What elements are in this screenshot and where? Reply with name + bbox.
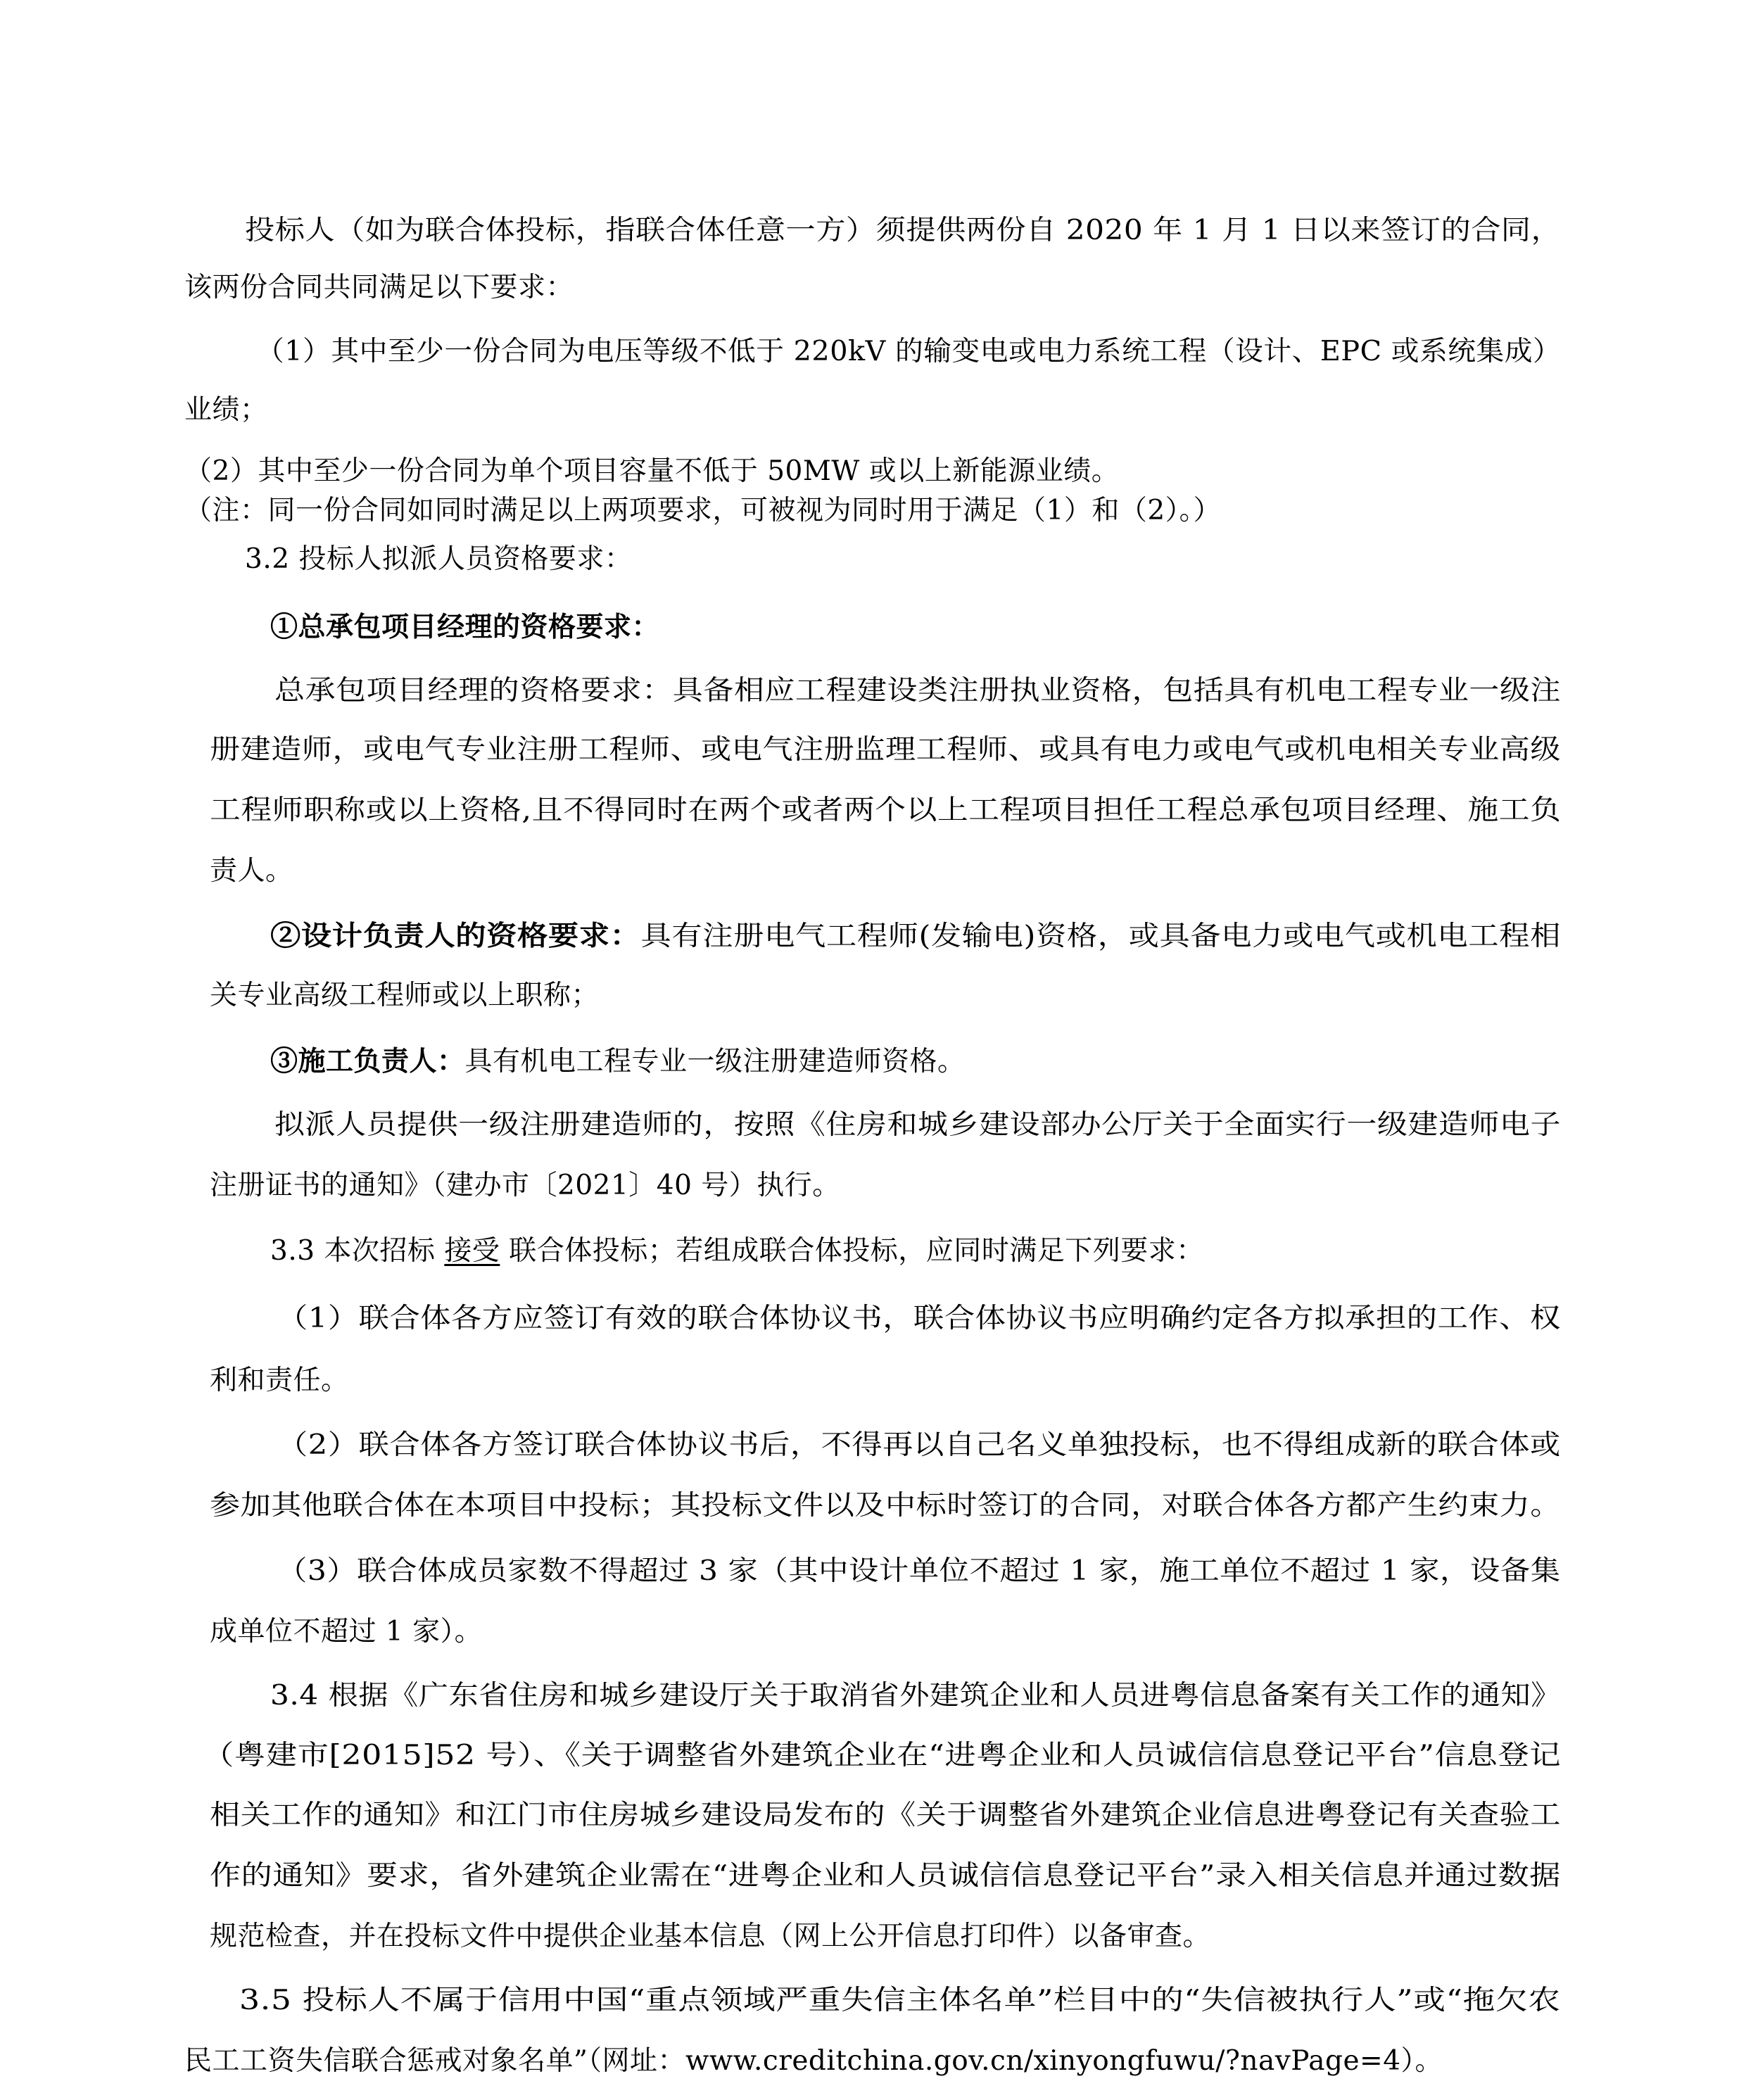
section-3-4-line-4: 作的通知》要求，省外建筑企业需在“进粤企业和人员诚信信息登记平台”录入相关信息并… — [210, 1859, 1561, 1894]
contract-req-2: （2）其中至少一份合同为单个项目容量不低于 50MW 或以上新能源业绩。 — [184, 454, 1119, 489]
section-3-4-line-3: 相关工作的通知》和江门市住房城乡建设局发布的《关于调整省外建筑企业信息进粤登记有… — [210, 1798, 1561, 1833]
section-3-4-line-2: （粤建市[2015]52 号）、《关于调整省外建筑企业在“进粤企业和人员诚信信息… — [203, 1738, 1561, 1773]
section-3-4-line-5: 规范检查，并在投标文件中提供企业基本信息（网上公开信息打印件）以备审查。 — [210, 1919, 1210, 1954]
consortium-item-1-line-2: 利和责任。 — [210, 1363, 349, 1398]
section-3-4-line-1: 3.4 根据《广东省住房和城乡建设厅关于取消省外建筑企业和人员进粤信息备案有关工… — [270, 1678, 1561, 1714]
section-3-5-line-1: 3.5 投标人不属于信用中国“重点领域严重失信主体名单”栏目中的“失信被执行人”… — [239, 1983, 1561, 2018]
certificate-note-line-2: 注册证书的通知》（建办市〔2021〕40 号）执行。 — [210, 1168, 840, 1203]
pm-qualification-line-1: 总承包项目经理的资格要求：具备相应工程建设类注册执业资格，包括具有机电工程专业一… — [274, 673, 1561, 709]
certificate-note-line-1: 拟派人员提供一级注册建造师的，按照《住房和城乡建设部办公厅关于全面实行一级建造师… — [274, 1108, 1561, 1143]
document-page: 投标人（如为联合体投标，指联合体任意一方）须提供两份自 2020 年 1 月 1… — [0, 0, 1746, 2100]
pm-qualification-line-2: 册建造师，或电气专业注册工程师、或电气注册监理工程师、或具有电力或电气或机电相关… — [210, 733, 1561, 768]
contract-intro-line-1: 投标人（如为联合体投标，指联合体任意一方）须提供两份自 2020 年 1 月 1… — [245, 213, 1561, 248]
section-3-3-prefix: 3.3 本次招标 — [270, 1235, 444, 1267]
consortium-item-1-line-1: （1）联合体各方应签订有效的联合体协议书，联合体协议书应明确约定各方拟承担的工作… — [277, 1301, 1561, 1336]
section-3-3-heading: 3.3 本次招标 接受 联合体投标；若组成联合体投标，应同时满足下列要求： — [270, 1234, 1204, 1269]
section-3-2-heading: 3.2 投标人拟派人员资格要求： — [245, 542, 632, 577]
pm-qualification-heading: ①总承包项目经理的资格要求： — [270, 609, 659, 645]
design-lead-line-2: 关专业高级工程师或以上职称； — [210, 978, 599, 1013]
design-lead-line-1: ②设计负责人的资格要求：具有注册电气工程师(发输电)资格，或具备电力或电气或机电… — [270, 918, 1561, 954]
consortium-item-2-line-1: （2）联合体各方签订联合体协议书后，不得再以自己名义单独投标，也不得组成新的联合… — [277, 1428, 1561, 1463]
construction-lead-line: ③施工负责人：具有机电工程专业一级注册建造师资格。 — [270, 1044, 966, 1079]
section-3-5-line-2: 民工工资失信联合惩戒对象名单”（网址：www.creditchina.gov.c… — [184, 2044, 1443, 2079]
consortium-accept-value: 接受 — [444, 1235, 500, 1267]
section-3-3-suffix: 联合体投标；若组成联合体投标，应同时满足下列要求： — [500, 1235, 1203, 1267]
design-lead-label: ②设计负责人的资格要求： — [270, 920, 641, 952]
construction-lead-label: ③施工负责人： — [270, 1045, 465, 1077]
contract-req-1-line-2: 业绩； — [184, 393, 268, 428]
contract-req-1-line-1: （1）其中至少一份合同为电压等级不低于 220kV 的输变电或电力系统工程（设计… — [256, 334, 1561, 369]
construction-lead-text: 具有机电工程专业一级注册建造师资格。 — [465, 1046, 966, 1077]
pm-qualification-line-4: 责人。 — [210, 854, 293, 889]
pm-qualification-line-3: 工程师职称或以上资格,且不得同时在两个或者两个以上工程项目担任工程总承包项目经理… — [210, 793, 1561, 828]
consortium-item-3-line-1: （3）联合体成员家数不得超过 3 家（其中设计单位不超过 1 家，施工单位不超过… — [277, 1554, 1561, 1589]
contract-note: （注：同一份合同如同时满足以上两项要求，可被视为同时用于满足（1）和（2）。） — [184, 493, 1221, 529]
contract-intro-line-2: 该两份合同共同满足以下要求： — [184, 270, 574, 305]
consortium-item-2-line-2: 参加其他联合体在本项目中投标；其投标文件以及中标时签订的合同，对联合体各方都产生… — [210, 1488, 1561, 1524]
design-lead-text: 具有注册电气工程师(发输电)资格，或具备电力或电气或机电工程相 — [641, 921, 1561, 952]
consortium-item-3-line-2: 成单位不超过 1 家）。 — [210, 1614, 482, 1650]
